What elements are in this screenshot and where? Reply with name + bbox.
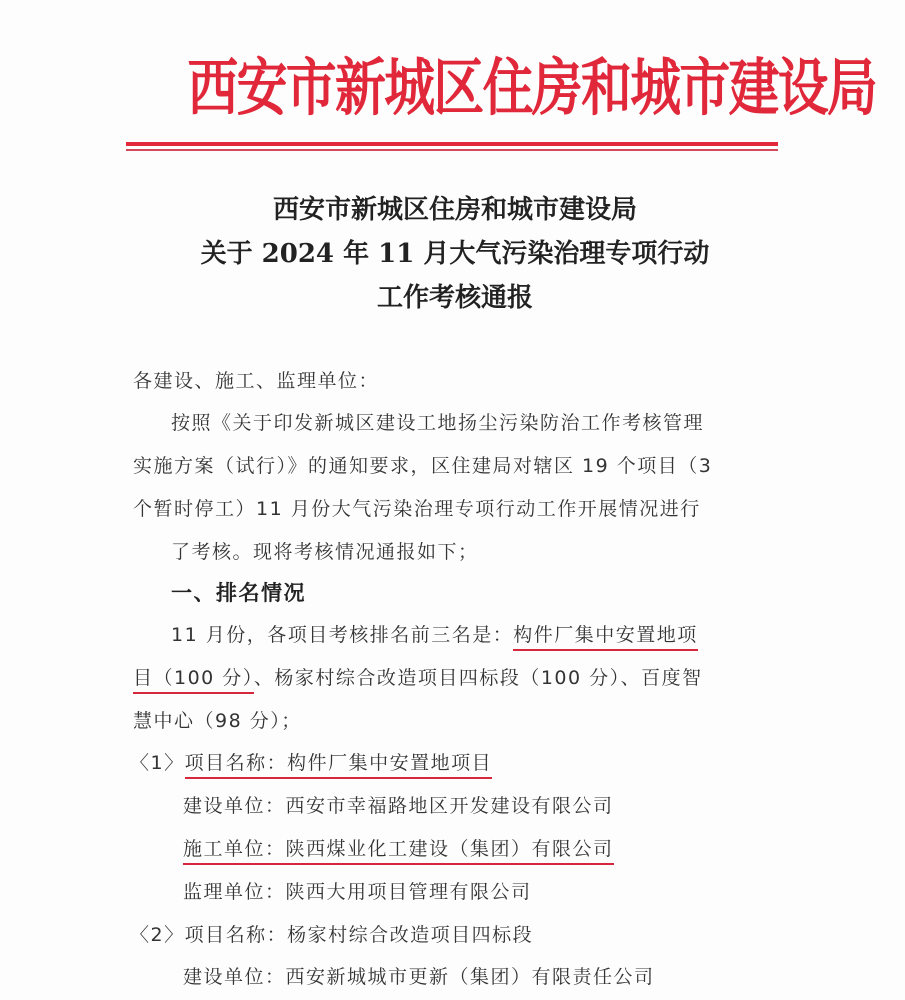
ranking-line-3: 慧中心（98 分）； xyxy=(133,706,793,733)
ranking-line-2: 目（100 分）、杨家村综合改造项目四标段（100 分）、百度智 xyxy=(133,663,793,690)
ranking-prefix: 11 月份，各项目考核排名前三名是： xyxy=(171,624,513,646)
project-1-contractor-underlined: 施工单位：陕西煤业化工建设（集团）有限公司 xyxy=(183,838,614,865)
ranking-first-place-score-underlined: 目（100 分） xyxy=(133,667,254,694)
title-line-1: 西安市新城区住房和城市建设局 xyxy=(120,188,790,232)
section-heading-ranking: 一、排名情况 xyxy=(133,577,831,607)
project-2-prefix: 〈2〉 xyxy=(130,924,185,946)
para1-line1: 按照《关于印发新城区建设工地扬尘污染防治工作考核管理 xyxy=(133,408,831,435)
project-1-construction-unit: 建设单位：西安市幸福路地区开发建设有限公司 xyxy=(133,791,843,818)
ranking-first-place-underlined: 构件厂集中安置地项 xyxy=(513,624,698,651)
project-1-prefix: 〈1〉 xyxy=(130,752,185,774)
project-1-name: 〈1〉项目名称：构件厂集中安置地项目 xyxy=(130,748,790,775)
ranking-rest: 、杨家村综合改造项目四标段（100 分）、百度智 xyxy=(254,667,703,689)
masthead-rule-thin xyxy=(126,149,778,151)
document-page: 西安市新城区住房和城市建设局 西安市新城区住房和城市建设局 关于 2024 年 … xyxy=(0,0,905,1000)
masthead-rule-thick xyxy=(126,142,778,146)
title-line-3: 工作考核通报 xyxy=(120,276,790,320)
title-line-2: 关于 2024 年 11 月大气污染治理专项行动 xyxy=(120,232,790,276)
project-2-name-text: 项目名称：杨家村综合改造项目四标段 xyxy=(185,924,534,946)
para1-line3: 个暂时停工）11 月份大气污染治理专项行动工作开展情况进行 xyxy=(133,494,793,521)
ranking-line-1: 11 月份，各项目考核排名前三名是：构件厂集中安置地项 xyxy=(133,620,831,647)
project-1-name-underlined: 项目名称：构件厂集中安置地项目 xyxy=(185,752,493,779)
project-1-supervision-unit: 监理单位：陕西大用项目管理有限公司 xyxy=(133,877,843,904)
salutation: 各建设、施工、监理单位： xyxy=(133,366,793,393)
para1-line2: 实施方案（试行）》的通知要求，区住建局对辖区 19 个项目（3 xyxy=(133,451,793,478)
para1-line4: 了考核。现将考核情况通报如下； xyxy=(133,537,831,564)
document-title: 西安市新城区住房和城市建设局 关于 2024 年 11 月大气污染治理专项行动 … xyxy=(120,188,790,320)
project-2-construction-unit: 建设单位：西安新城城市更新（集团）有限责任公司 xyxy=(133,962,843,989)
masthead-title: 西安市新城区住房和城市建设局 xyxy=(187,48,728,128)
project-2-name: 〈2〉项目名称：杨家村综合改造项目四标段 xyxy=(130,920,790,947)
project-1-contractor-unit: 施工单位：陕西煤业化工建设（集团）有限公司 xyxy=(133,834,843,861)
